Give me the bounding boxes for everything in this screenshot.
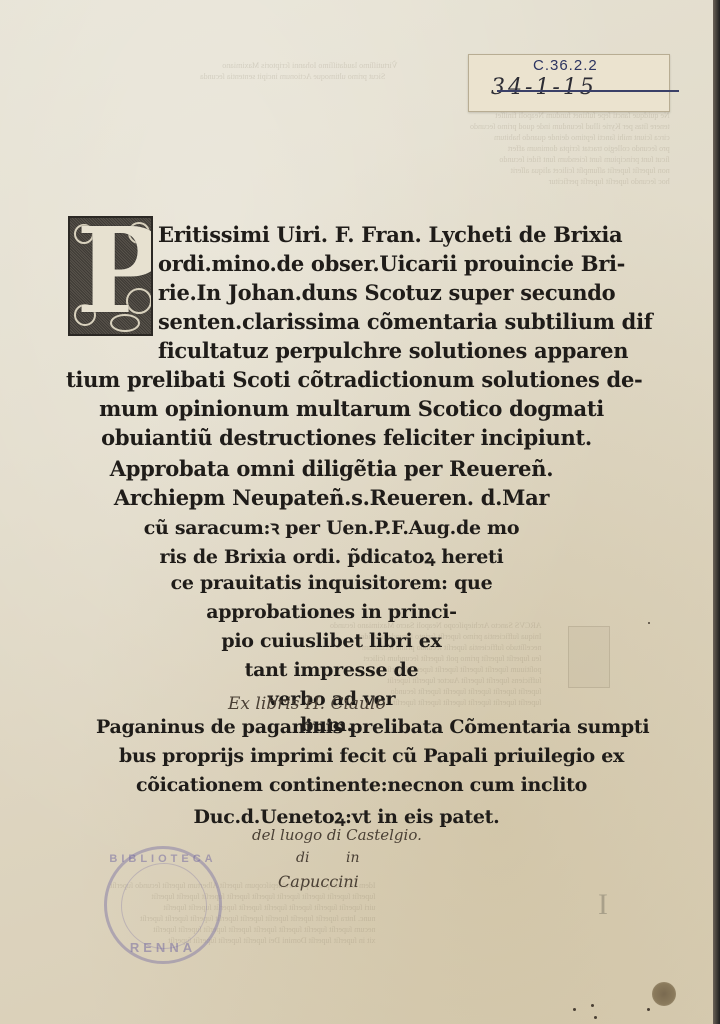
paper-speck bbox=[594, 1016, 597, 1019]
approbation-line-3: cũ saracum:ꝛ per Uen.P.F.Aug.de mo bbox=[0, 514, 713, 540]
paper-stain bbox=[652, 982, 676, 1006]
stamp-bottom-text: RENNA bbox=[107, 940, 219, 955]
shelfmark-current: C.36.2.2 bbox=[533, 57, 598, 74]
provenance-line-3: in bbox=[346, 850, 360, 866]
approbation-line-5: ce prauitatis inquisitorem: que bbox=[0, 572, 713, 594]
approbation-line-4: ris de Brixia ordi. p̃dicatoꝝ hereti bbox=[0, 543, 713, 569]
provenance-line-1: del luogo di Castelgio. bbox=[252, 826, 422, 844]
bleed-through-initial-I: I bbox=[598, 890, 608, 920]
approbation-line-1: Approbata omni diligẽtia per Reuereñ. bbox=[0, 456, 713, 481]
stamp-inner-ring bbox=[121, 863, 207, 949]
stamp-top-text: BIBLIOTECA bbox=[107, 853, 219, 865]
provenance-line-4: Capuccini bbox=[278, 872, 359, 891]
title-line-1: Eritissimi Uiri. F. Fran. Lycheti de Bri… bbox=[158, 222, 622, 247]
ex-libris-inscription: Ex libris H. Ciaulo bbox=[228, 694, 386, 714]
colophon-line-1: Paganinus de paganinis prelibata Cõmenta… bbox=[96, 716, 649, 738]
paper-speck bbox=[573, 1008, 576, 1011]
bleed-through-text-right: Ne quidque ſancti ſepe ſuſtinet fundum N… bbox=[470, 110, 670, 187]
title-line-8: obuiantiũ destructiones feliciter incipi… bbox=[0, 425, 713, 450]
title-line-5: ficultatuz perpulchre solutiones apparen bbox=[158, 338, 628, 363]
title-line-7: mum opinionum multarum Scotico dogmati bbox=[0, 396, 713, 421]
approbation-line-8: tant impresse de bbox=[0, 659, 713, 681]
initial-letter: P bbox=[76, 216, 153, 330]
title-line-3: rie.In Johan.duns Scotuz super secundo bbox=[158, 280, 615, 305]
title-line-6: tium prelibati Scoti cõtradictionum solu… bbox=[66, 367, 642, 392]
title-line-4: senten.clarissima cõmentaria subtilium d… bbox=[158, 309, 652, 334]
decorated-initial: P bbox=[68, 216, 153, 336]
colophon-line-2: bus proprijs imprimi fecit cũ Papali pri… bbox=[0, 745, 713, 767]
title-line-2: ordi.mino.de obser.Uicarii prouincie Bri… bbox=[158, 251, 625, 276]
shelfmark-label: C.36.2.2 34-1-15 bbox=[468, 54, 670, 112]
approbation-line-2: Archiepm Neupateñ.s.Reueren. d.Mar bbox=[0, 485, 713, 510]
shelfmark-strikethrough bbox=[497, 90, 679, 92]
page-edge-shadow bbox=[713, 0, 720, 1024]
approbation-line-6: approbationes in princi- bbox=[0, 601, 713, 623]
shelfmark-old: 34-1-15 bbox=[491, 75, 597, 100]
bleed-through-text-top: Ṽirtutiſſimo laudatiſſimo Iohanni ſcript… bbox=[200, 60, 397, 82]
book-page: Ṽirtutiſſimo laudatiſſimo Iohanni ſcript… bbox=[0, 0, 713, 1024]
paper-speck bbox=[591, 1004, 594, 1007]
colophon-line-3: cõicationem continente:necnon cum inclit… bbox=[0, 774, 713, 796]
library-stamp: BIBLIOTECA RENNA bbox=[104, 846, 222, 964]
approbation-line-7: pio cuiuslibet libri ex bbox=[0, 630, 713, 652]
paper-speck bbox=[648, 622, 650, 624]
provenance-line-2: di bbox=[296, 850, 309, 866]
paper-speck bbox=[647, 1008, 650, 1011]
